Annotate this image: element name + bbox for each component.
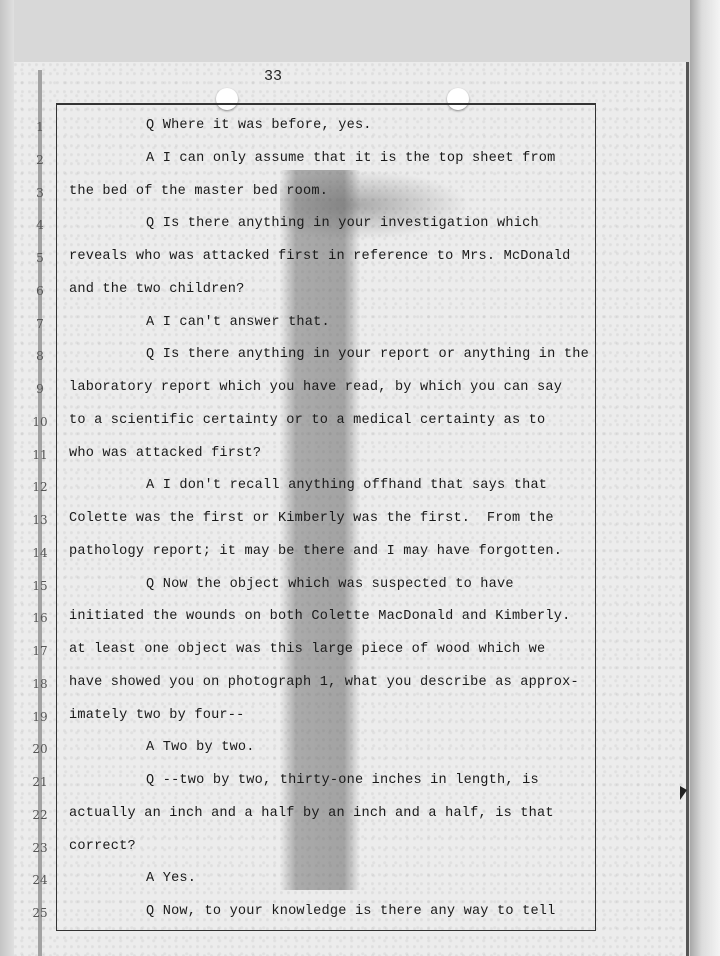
line-number: 11 <box>30 448 50 462</box>
line-number: 15 <box>30 579 50 593</box>
transcript-line: actually an inch and a half by an inch a… <box>69 806 554 821</box>
transcript-line: A Yes. <box>146 871 196 886</box>
transcript-line: Q Is there anything in your report or an… <box>146 347 589 362</box>
line-number: 23 <box>30 841 50 855</box>
transcript-line: A I don't recall anything offhand that s… <box>146 478 547 493</box>
transcript-line: reveals who was attacked first in refere… <box>69 249 570 264</box>
transcript-line: pathology report; it may be there and I … <box>69 544 562 559</box>
line-number: 19 <box>30 710 50 724</box>
line-number: 5 <box>30 251 50 265</box>
transcript-line: at least one object was this large piece… <box>69 642 545 657</box>
transcript-line: Q --two by two, thirty-one inches in len… <box>146 773 539 788</box>
transcript-line: Q Now the object which was suspected to … <box>146 577 514 592</box>
line-number: 17 <box>30 644 50 658</box>
scan-left-edge <box>0 0 14 956</box>
line-number: 9 <box>30 382 50 396</box>
transcript-line: Q Now, to your knowledge is there any wa… <box>146 904 556 919</box>
transcript-line: Colette was the first or Kimberly was th… <box>69 511 554 526</box>
line-number: 10 <box>30 415 50 429</box>
transcript-line: imately two by four-- <box>69 708 245 723</box>
transcript-line: A I can't answer that. <box>146 315 330 330</box>
line-number: 4 <box>30 218 50 232</box>
transcript-line: correct? <box>69 839 136 854</box>
mouse-cursor-icon <box>680 786 687 800</box>
transcript-line: A I can only assume that it is the top s… <box>146 151 556 166</box>
transcript-line: A Two by two. <box>146 740 255 755</box>
transcript-line: and the two children? <box>69 282 245 297</box>
transcript-line: Q Is there anything in your investigatio… <box>146 216 539 231</box>
line-number: 25 <box>30 906 50 920</box>
line-number: 6 <box>30 284 50 298</box>
line-number: 3 <box>30 186 50 200</box>
transcript-line: have showed you on photograph 1, what yo… <box>69 675 579 690</box>
transcript-line: to a scientific certainty or to a medica… <box>69 413 545 428</box>
transcript-line: Q Where it was before, yes. <box>146 118 372 133</box>
line-number: 21 <box>30 775 50 789</box>
page-number: 33 <box>264 68 282 85</box>
line-number: 8 <box>30 349 50 363</box>
line-number: 12 <box>30 480 50 494</box>
scan-right-edge <box>690 0 720 956</box>
transcript-line: who was attacked first? <box>69 446 261 461</box>
transcript-line: initiated the wounds on both Colette Mac… <box>69 609 570 624</box>
transcript-line: laboratory report which you have read, b… <box>69 380 562 395</box>
line-number: 24 <box>30 873 50 887</box>
line-number: 22 <box>30 808 50 822</box>
line-number: 20 <box>30 742 50 756</box>
line-number: 18 <box>30 677 50 691</box>
line-number: 16 <box>30 611 50 625</box>
line-number: 13 <box>30 513 50 527</box>
transcript-line: the bed of the master bed room. <box>69 184 328 199</box>
line-number: 2 <box>30 153 50 167</box>
line-number: 14 <box>30 546 50 560</box>
line-number: 1 <box>30 120 50 134</box>
line-number: 7 <box>30 317 50 331</box>
